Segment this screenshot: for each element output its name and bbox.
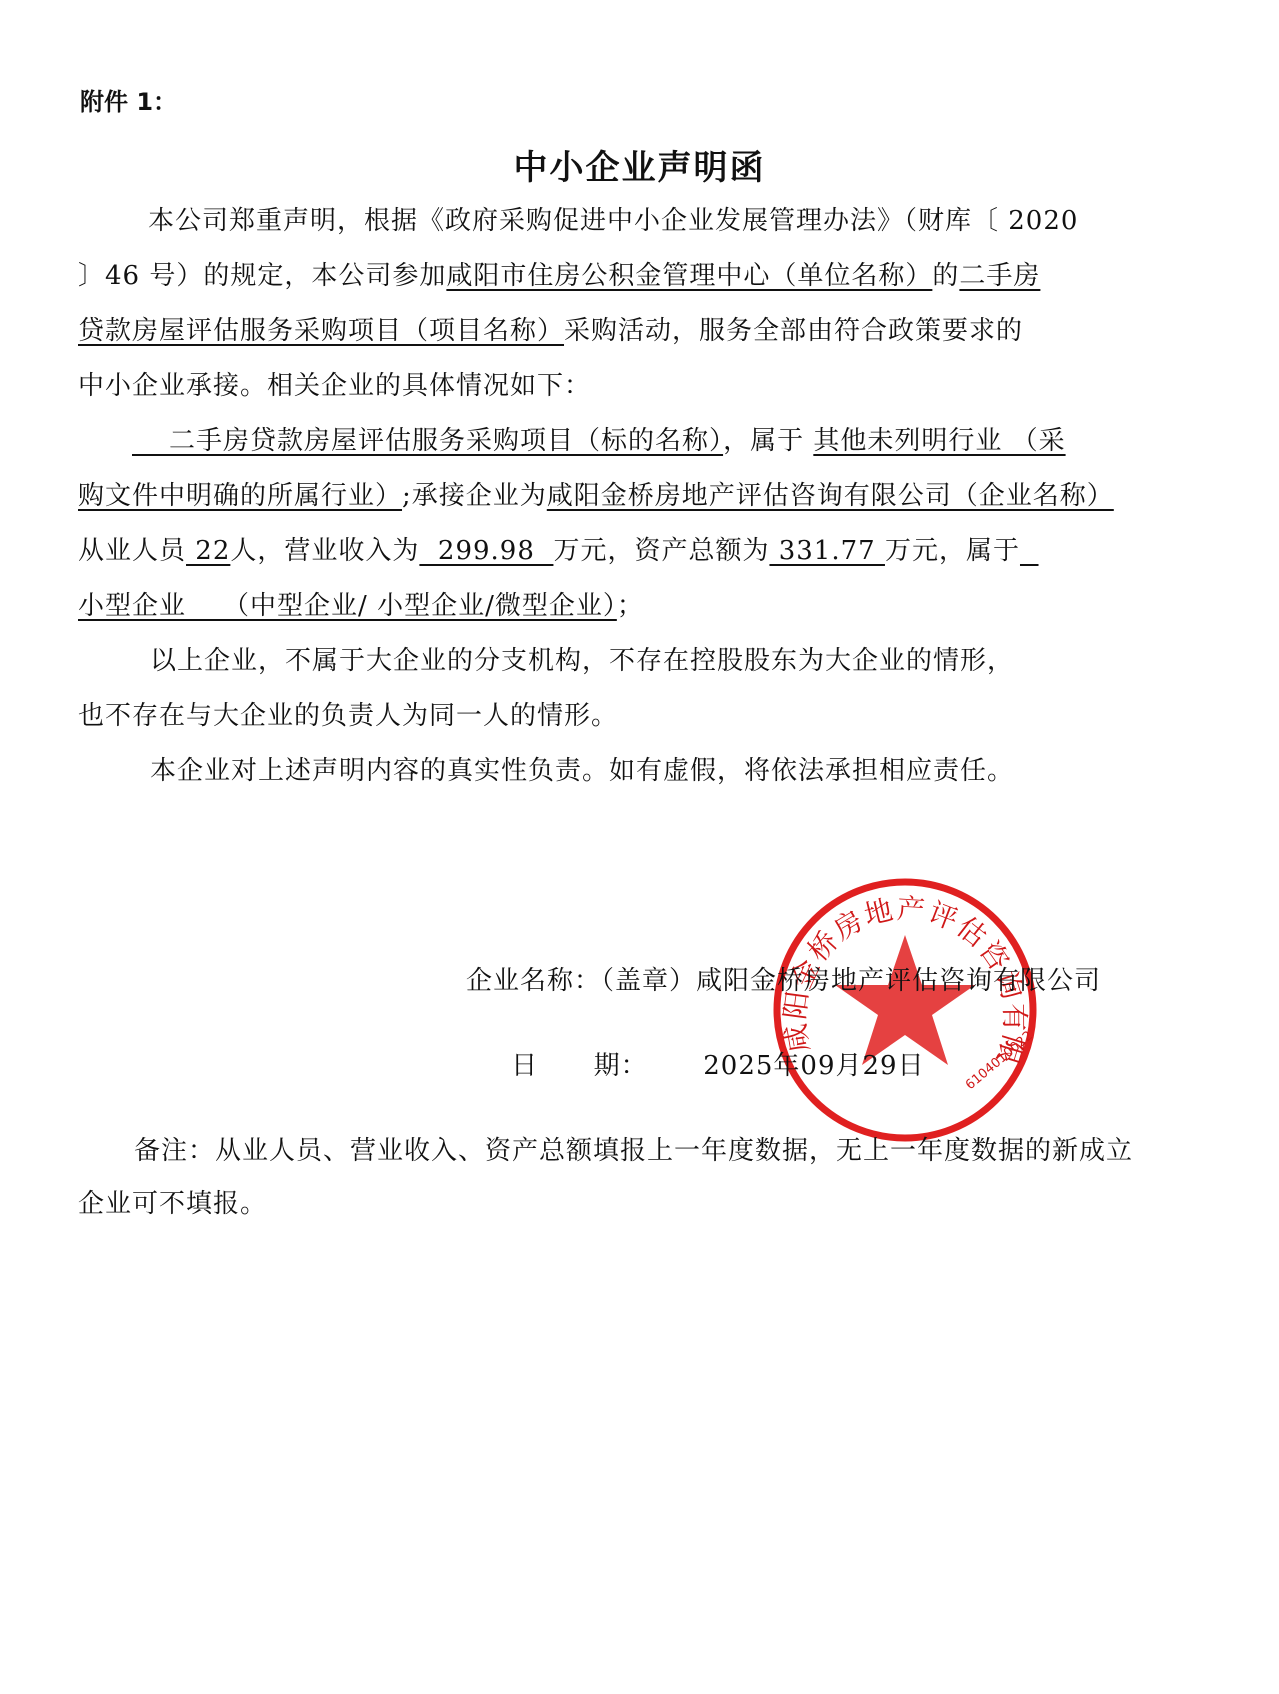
company-signature-line: 企业名称：（盖章）咸阳金桥房地产评估咨询有限公司	[466, 960, 1101, 997]
company-name: 咸阳金桥房地产评估咨询有限公司	[696, 966, 1101, 996]
text-line: 〕46 号）的规定，本公司参加咸阳市住房公积金管理中心（单位名称）的二手房	[78, 255, 1040, 292]
text-line: 也不存在与大企业的负责人为同一人的情形。	[78, 695, 618, 732]
industry: 购文件中明确的所属行业）	[78, 481, 402, 511]
industry: 其他未列明行业 （采	[813, 426, 1065, 456]
paragraph-responsibility: 本企业对上述声明内容的真实性负责。如有虚假，将依法承担相应责任。	[150, 750, 1014, 787]
company-name: 咸阳金桥房地产评估咨询有限公司（企业名称）	[547, 481, 1114, 511]
text-line: 小型企业 （中型企业/ 小型企业/微型企业）；	[78, 585, 644, 622]
text: 万元，属于	[885, 536, 1020, 566]
date-value: 2025年09月29日	[703, 1051, 924, 1081]
enterprise-size: 小型企业 （中型企业/ 小型企业/微型企业）	[78, 591, 617, 621]
attachment-label: 附件 1：	[80, 82, 177, 117]
date-line: 日 期： 2025年09月29日	[474, 1015, 925, 1112]
date-label: 日 期：	[511, 1051, 648, 1081]
text: 从业人员	[78, 536, 186, 566]
text: 〕46 号）的规定，本公司参加	[78, 261, 446, 291]
note-line: 备注：从业人员、营业收入、资产总额填报上一年度数据，无上一年度数据的新成立	[134, 1130, 1133, 1167]
project-name: 二手房	[959, 261, 1040, 291]
total-assets: 331.77	[769, 536, 885, 566]
revenue: 299.98	[419, 536, 553, 566]
text: 采购活动，服务全部由符合政策要求的	[564, 316, 1023, 346]
note-line: 企业可不填报。	[78, 1183, 267, 1220]
text: 的	[932, 261, 959, 291]
text: ，属于	[723, 426, 813, 456]
item-name: 二手房贷款房屋评估服务采购项目（标的名称）	[132, 426, 723, 456]
text-line: 从业人员 22人，营业收入为 299.98 万元，资产总额为 331.77 万元…	[78, 530, 1039, 567]
staff-count: 22	[186, 536, 230, 566]
text-line: 以上企业，不属于大企业的分支机构，不存在控股股东为大企业的情形，	[150, 640, 1014, 677]
text: ;承接企业为	[402, 481, 547, 511]
text: 万元，资产总额为	[553, 536, 769, 566]
unit-name: 咸阳市住房公积金管理中心（单位名称）	[446, 261, 932, 291]
text: ；	[617, 591, 644, 621]
text-line: 购文件中明确的所属行业）;承接企业为咸阳金桥房地产评估咨询有限公司（企业名称）	[78, 475, 1114, 512]
company-label: 企业名称：（盖章）	[466, 966, 696, 996]
text-line: 贷款房屋评估服务采购项目（项目名称）采购活动，服务全部由符合政策要求的	[78, 310, 1023, 347]
document-title: 中小企业声明函	[0, 140, 1279, 189]
text-line: 本公司郑重声明，根据《政府采购促进中小企业发展管理办法》（财库〔 2020	[148, 200, 1078, 237]
blank	[1020, 536, 1039, 566]
text-line: 中小企业承接。相关企业的具体情况如下：	[78, 365, 591, 402]
text-line: 二手房贷款房屋评估服务采购项目（标的名称），属于 其他未列明行业 （采	[132, 420, 1066, 457]
text: 人，营业收入为	[230, 536, 419, 566]
project-name: 贷款房屋评估服务采购项目（项目名称）	[78, 316, 564, 346]
